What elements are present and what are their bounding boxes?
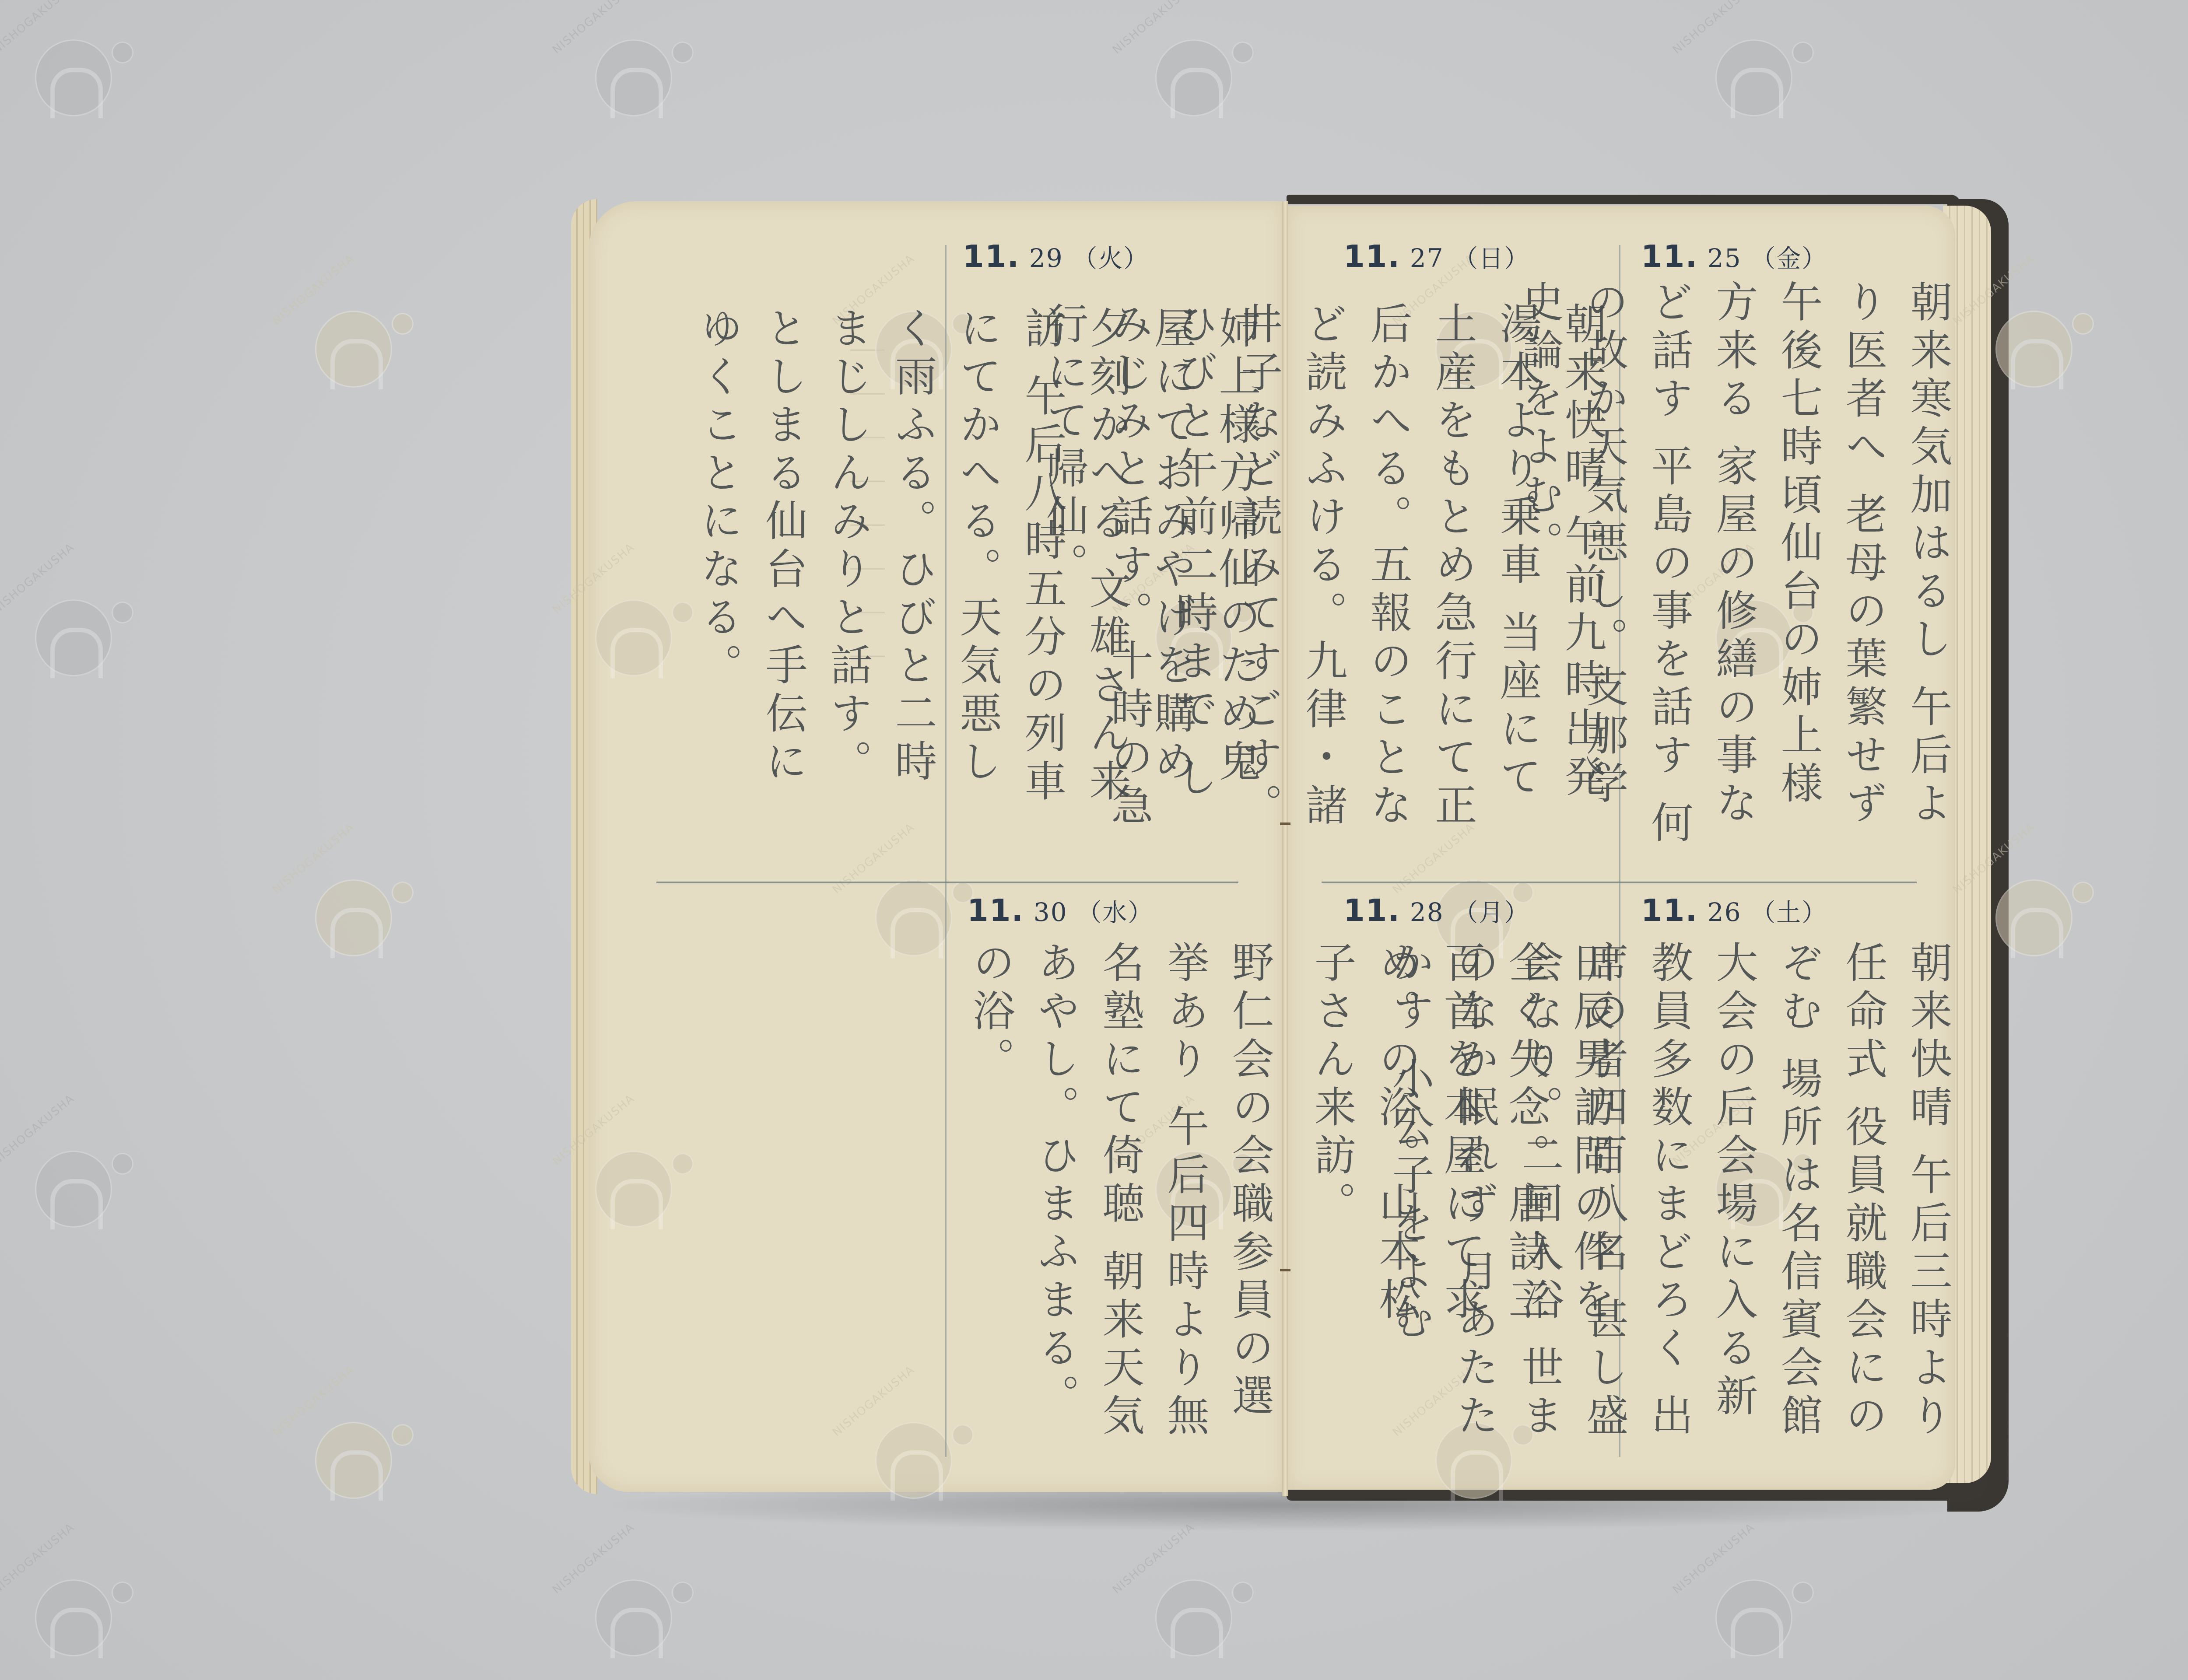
date-header-11-27: 11. 27 （日） bbox=[1343, 238, 1529, 274]
row-divider-right-page bbox=[1322, 882, 1917, 883]
watermark-logo: NISHOGAKUSHA bbox=[18, 1129, 131, 1234]
watermark-logo: NISHOGAKUSHA bbox=[1978, 289, 2092, 394]
diary-entry-11-26: 朝来快晴 午后三時より任命式 役員就職会にのぞむ 場所は名信賓会館 大会の后会場… bbox=[1698, 941, 1960, 1466]
watermark-logo: NISHOGAKUSHA bbox=[298, 1400, 411, 1505]
watermark-logo: NISHOGAKUSHA bbox=[858, 857, 971, 962]
watermark-logo: NISHOGAKUSHA bbox=[298, 289, 411, 394]
watermark-logo: NISHOGAKUSHA bbox=[578, 1557, 691, 1662]
watermark-logo: NISHOGAKUSHA bbox=[858, 1400, 971, 1505]
watermark-logo: NISHOGAKUSHA bbox=[18, 1557, 131, 1662]
date-header-11-30: 11. 30 （水） bbox=[967, 892, 1153, 928]
watermark-logo: NISHOGAKUSHA bbox=[18, 577, 131, 682]
notebook-cover-top bbox=[1287, 195, 1960, 204]
diary-entry-11-30: 野仁会の会職参員の選挙あり 午后四時より無名塾にて倚聴 朝来天気あやし。ひまふま… bbox=[1155, 941, 1282, 1466]
watermark-logo: NISHOGAKUSHA bbox=[1978, 857, 2092, 962]
date-header-11-26: 11. 26 （土） bbox=[1641, 892, 1827, 928]
watermark-logo: NISHOGAKUSHA bbox=[578, 1129, 691, 1234]
watermark-logo: NISHOGAKUSHA bbox=[1138, 17, 1252, 122]
date-header-11-28: 11. 28 （月） bbox=[1343, 892, 1529, 928]
watermark-logo: NISHOGAKUSHA bbox=[578, 17, 691, 122]
watermark-logo: NISHOGAKUSHA bbox=[18, 17, 131, 122]
row-divider-left-page bbox=[656, 882, 1238, 883]
watermark-logo: NISHOGAKUSHA bbox=[1698, 17, 1812, 122]
date-header-11-25: 11. 25 （金） bbox=[1641, 238, 1827, 274]
watermark-logo: NISHOGAKUSHA bbox=[298, 857, 411, 962]
watermark-logo: NISHOGAKUSHA bbox=[1138, 1557, 1252, 1662]
watermark-logo: NISHOGAKUSHA bbox=[1698, 1557, 1812, 1662]
watermark-logo: NISHOGAKUSHA bbox=[578, 577, 691, 682]
date-header-11-29: 11. 29 （火） bbox=[963, 238, 1149, 274]
diary-entry-11-25: 朝来寒気加はるし 午后より医者へ 老母の葉繁せず 午後七時頃仙台の姉上様方来る … bbox=[1724, 280, 1960, 849]
